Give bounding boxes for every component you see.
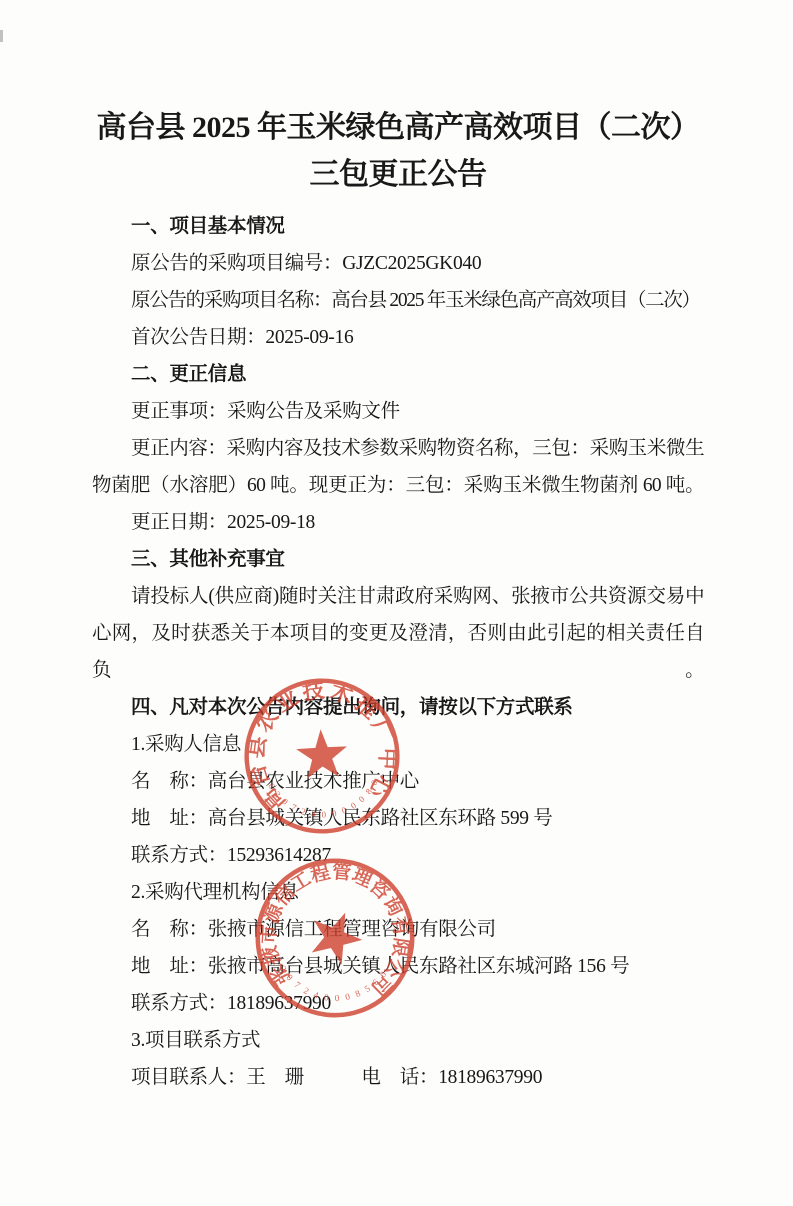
document-title-line2: 三包更正公告 (92, 151, 704, 198)
original-project-name: 原公告的采购项目名称：高台县 2025 年玉米绿色高产高效项目（二次） (92, 282, 704, 319)
project-contact-subheading: 3.项目联系方式 (92, 1022, 704, 1059)
buyer-name: 名 称：高台县农业技术推广中心 (92, 763, 704, 800)
document-title: 高台县 2025 年玉米绿色高产高效项目（二次） 三包更正公告 (92, 104, 704, 198)
agency-name: 名 称：张掖市源信工程管理咨询有限公司 (92, 911, 704, 948)
document-content: 高台县 2025 年玉米绿色高产高效项目（二次） 三包更正公告 一、项目基本情况… (92, 104, 704, 1096)
buyer-address: 地 址：高台县城关镇人民东路社区东环路 599 号 (92, 800, 704, 837)
section2-heading: 二、更正信息 (92, 356, 704, 393)
buyer-info-subheading: 1.采购人信息 (92, 726, 704, 763)
section4-heading: 四、凡对本次公告内容提出询问，请按以下方式联系 (92, 689, 704, 726)
scan-artifact (0, 30, 3, 42)
correction-date: 更正日期：2025-09-18 (92, 504, 704, 541)
agency-info-subheading: 2.采购代理机构信息 (92, 874, 704, 911)
agency-phone: 联系方式：18189637990 (92, 985, 704, 1022)
first-announcement-date: 首次公告日期：2025-09-16 (92, 319, 704, 356)
supplement-note-line1: 请投标人(供应商)随时关注甘肃政府采购网、张掖市公共资源交易中 (92, 578, 704, 615)
scanned-document-page: 高台县 2025 年玉米绿色高产高效项目（二次） 三包更正公告 一、项目基本情况… (0, 0, 793, 1206)
correction-content-line1: 更正内容：采购内容及技术参数采购物资名称，三包：采购玉米微生 (92, 430, 704, 467)
correction-content-line2: 物菌肥（水溶肥）60 吨。现更正为：三包：采购玉米微生物菌剂 60 吨。 (92, 467, 704, 504)
buyer-phone: 联系方式：15293614287 (92, 837, 704, 874)
correction-item: 更正事项：采购公告及采购文件 (92, 393, 704, 430)
document-title-line1: 高台县 2025 年玉米绿色高产高效项目（二次） (92, 104, 704, 151)
original-project-number: 原公告的采购项目编号：GJZC2025GK040 (92, 245, 704, 282)
project-contact-line: 项目联系人：王 珊 电 话：18189637990 (92, 1059, 704, 1096)
agency-address: 地 址：张掖市高台县城关镇人民东路社区东城河路 156 号 (92, 948, 704, 985)
section3-heading: 三、其他补充事宜 (92, 541, 704, 578)
section1-heading: 一、项目基本情况 (92, 208, 704, 245)
supplement-note-line2: 心网，及时获悉关于本项目的变更及澄清，否则由此引起的相关责任自负。 (92, 615, 704, 689)
